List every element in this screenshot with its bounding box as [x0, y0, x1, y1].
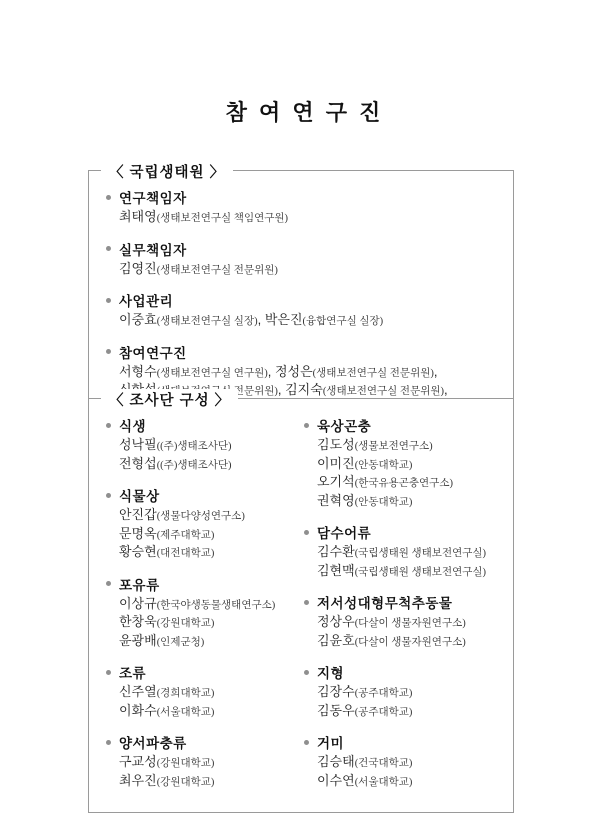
person-entry: 성낙필((주)생태조사단) [119, 437, 301, 456]
person-name: 성낙필 [119, 437, 157, 452]
category-label: 연구책임자 [119, 187, 187, 207]
bullet-icon [304, 600, 309, 605]
person-entry: 문명옥(제주대학교) [119, 526, 301, 545]
person-name: 김장수 [317, 684, 355, 699]
person-affiliation: (생물다양성연구소) [157, 511, 245, 522]
person-entry: 서형수(생태보전연구실 연구원), 정성은(생태보전연구실 전문위원), [119, 364, 499, 383]
person-affiliation: (서울대학교) [355, 777, 413, 788]
person-entry: 김동우(공주대학교) [317, 703, 499, 722]
person-name: 이화수 [119, 703, 157, 718]
person-name: 한창욱 [119, 614, 157, 629]
category-header: 담수어류 [301, 522, 499, 542]
bullet-icon [106, 493, 111, 498]
person-affiliation: (안동대학교) [355, 460, 413, 471]
category-group: 식생성낙필((주)생태조사단)전형섭((주)생태조사단) [103, 415, 301, 474]
columns: 식생성낙필((주)생태조사단)전형섭((주)생태조사단)식물상안진갑(생물다양성… [89, 399, 513, 812]
bullet-icon [106, 298, 111, 303]
person-entry: 김도성(생물보전연구소) [317, 437, 499, 456]
person-entry: 신주열(경희대학교) [119, 684, 301, 703]
person-affiliation: (국립생태원 생태보전연구실) [355, 548, 486, 559]
person-entry: 김영진(생태보전연구실 전문위원) [119, 261, 499, 280]
category-label: 거미 [317, 732, 344, 752]
category-group: 지형김장수(공주대학교)김동우(공주대학교) [301, 662, 499, 721]
category-label: 사업관리 [119, 290, 173, 310]
person-affiliation: (강원대학교) [157, 618, 215, 629]
person-entry: 김현맥(국립생태원 생태보전연구실) [317, 563, 499, 582]
person-entry: 구교성(강원대학교) [119, 754, 301, 773]
category-label: 식생 [119, 415, 146, 435]
person-name: 김도성 [317, 437, 355, 452]
category-group: 사업관리이중효(생태보전연구실 실장), 박은진(융합연구실 실장) [103, 290, 499, 331]
person-affiliation: (생태보전연구실 실장) [157, 316, 258, 327]
person-name: 권혁영 [317, 493, 355, 508]
person-entry: 이미진(안동대학교) [317, 456, 499, 475]
person-entry: 최태영(생태보전연구실 책임연구원) [119, 209, 499, 228]
person-affiliation: (한국유용곤충연구소) [355, 478, 453, 489]
category-header: 연구책임자 [103, 187, 499, 207]
person-entry: 김윤호(다살이 생물자원연구소) [317, 633, 499, 652]
person-name: 김영진 [119, 261, 157, 276]
category-label: 담수어류 [317, 522, 371, 542]
person-entry: 이중효(생태보전연구실 실장), 박은진(융합연구실 실장) [119, 312, 499, 331]
person-affiliation: (국립생태원 생태보전연구실) [355, 567, 486, 578]
category-header: 육상곤충 [301, 415, 499, 435]
person-name: 이미진 [317, 456, 355, 471]
category-group: 실무책임자김영진(생태보전연구실 전문위원) [103, 239, 499, 280]
person-affiliation: (인제군청) [157, 637, 205, 648]
bullet-icon [106, 246, 111, 251]
person-entry: 전형섭((주)생태조사단) [119, 456, 301, 475]
category-label: 조류 [119, 662, 146, 682]
section-heading: 〈 국립생태원 〉 [101, 161, 233, 182]
section-survey-team: 〈 조사단 구성 〉 식생성낙필((주)생태조사단)전형섭((주)생태조사단)식… [88, 398, 514, 813]
person-entry: 한창욱(강원대학교) [119, 614, 301, 633]
person-affiliation: (제주대학교) [157, 530, 215, 541]
person-affiliation: (공주대학교) [355, 688, 413, 699]
category-header: 거미 [301, 732, 499, 752]
bullet-icon [106, 349, 111, 354]
person-entry: 최우진(강원대학교) [119, 773, 301, 792]
person-name: 김지숙 [285, 382, 323, 397]
category-label: 지형 [317, 662, 344, 682]
person-entry: 권혁영(안동대학교) [317, 493, 499, 512]
person-name: 이상규 [119, 596, 157, 611]
bullet-icon [304, 670, 309, 675]
person-name: 정성은 [275, 364, 313, 379]
person-affiliation: (생태보전연구실 책임연구원) [157, 213, 288, 224]
person-name: 안진갑 [119, 507, 157, 522]
person-name: 신주열 [119, 684, 157, 699]
person-affiliation: (공주대학교) [355, 707, 413, 718]
category-header: 지형 [301, 662, 499, 682]
person-name: 최우진 [119, 773, 157, 788]
person-entry: 오기석(한국유용곤충연구소) [317, 474, 499, 493]
person-entry: 안진갑(생물다양성연구소) [119, 507, 301, 526]
person-entry: 김장수(공주대학교) [317, 684, 499, 703]
category-label: 양서파충류 [119, 732, 187, 752]
category-group: 연구책임자최태영(생태보전연구실 책임연구원) [103, 187, 499, 228]
person-name: 최태영 [119, 209, 157, 224]
category-label: 참여연구진 [119, 342, 187, 362]
person-affiliation: (서울대학교) [157, 707, 215, 718]
category-header: 식물상 [103, 485, 301, 505]
person-name: 김승태 [317, 754, 355, 769]
person-entry: 김승태(건국대학교) [317, 754, 499, 773]
person-affiliation: ((주)생태조사단) [157, 441, 232, 452]
category-group: 거미김승태(건국대학교)이수연(서울대학교) [301, 732, 499, 791]
document-page: 참 여 연 구 진 〈 국립생태원 〉 연구책임자최태영(생태보전연구실 책임연… [0, 0, 609, 840]
person-name: 김윤호 [317, 633, 355, 648]
person-affiliation: (경희대학교) [157, 688, 215, 699]
person-affiliation: (융합연구실 실장) [303, 316, 384, 327]
category-header: 식생 [103, 415, 301, 435]
person-affiliation: (강원대학교) [157, 758, 215, 769]
person-name: 김수환 [317, 544, 355, 559]
category-group: 저서성대형무척추동물정상우(다살이 생물자원연구소)김윤호(다살이 생물자원연구… [301, 592, 499, 651]
person-entry: 이화수(서울대학교) [119, 703, 301, 722]
category-label: 육상곤충 [317, 415, 371, 435]
person-affiliation: (대전대학교) [157, 548, 215, 559]
person-entry: 정상우(다살이 생물자원연구소) [317, 614, 499, 633]
person-affiliation: (생물보전연구소) [355, 441, 433, 452]
person-affiliation: (생태보전연구실 전문위원) [323, 386, 444, 397]
person-name: 서형수 [119, 364, 157, 379]
category-header: 저서성대형무척추동물 [301, 592, 499, 612]
person-name: 김동우 [317, 703, 355, 718]
category-group: 식물상안진갑(생물다양성연구소)문명옥(제주대학교)황승현(대전대학교) [103, 485, 301, 563]
person-name: 문명옥 [119, 526, 157, 541]
column: 육상곤충김도성(생물보전연구소)이미진(안동대학교)오기석(한국유용곤충연구소)… [301, 415, 499, 802]
person-affiliation: (다살이 생물자원연구소) [355, 618, 466, 629]
person-name: 전형섭 [119, 456, 157, 471]
category-group: 조류신주열(경희대학교)이화수(서울대학교) [103, 662, 301, 721]
person-entry: 이수연(서울대학교) [317, 773, 499, 792]
person-affiliation: ((주)생태조사단) [157, 460, 232, 471]
category-label: 실무책임자 [119, 239, 187, 259]
category-header: 포유류 [103, 574, 301, 594]
person-entry: 윤광배(인제군청) [119, 633, 301, 652]
person-name: 오기석 [317, 474, 355, 489]
person-affiliation: (한국야생동물생태연구소) [157, 600, 276, 611]
category-header: 양서파충류 [103, 732, 301, 752]
person-affiliation: (다살이 생물자원연구소) [355, 637, 466, 648]
category-header: 조류 [103, 662, 301, 682]
person-affiliation: (생태보전연구실 전문위원) [157, 265, 278, 276]
person-entry: 황승현(대전대학교) [119, 544, 301, 563]
person-affiliation: (생태보전연구실 연구원) [157, 368, 268, 379]
person-name: 정상우 [317, 614, 355, 629]
person-affiliation: (안동대학교) [355, 497, 413, 508]
category-label: 포유류 [119, 574, 160, 594]
person-affiliation: (강원대학교) [157, 777, 215, 788]
category-label: 식물상 [119, 485, 160, 505]
page-title: 참 여 연 구 진 [0, 96, 609, 127]
person-name: 박은진 [265, 312, 303, 327]
category-group: 육상곤충김도성(생물보전연구소)이미진(안동대학교)오기석(한국유용곤충연구소)… [301, 415, 499, 511]
bullet-icon [304, 423, 309, 428]
bullet-icon [106, 423, 111, 428]
category-header: 참여연구진 [103, 342, 499, 362]
category-header: 실무책임자 [103, 239, 499, 259]
category-group: 담수어류김수환(국립생태원 생태보전연구실)김현맥(국립생태원 생태보전연구실) [301, 522, 499, 581]
person-name: 황승현 [119, 544, 157, 559]
bullet-icon [106, 670, 111, 675]
category-group: 양서파충류구교성(강원대학교)최우진(강원대학교) [103, 732, 301, 791]
person-name: 김현맥 [317, 563, 355, 578]
person-entry: 이상규(한국야생동물생태연구소) [119, 596, 301, 615]
person-name: 구교성 [119, 754, 157, 769]
person-affiliation: (건국대학교) [355, 758, 413, 769]
column: 식생성낙필((주)생태조사단)전형섭((주)생태조사단)식물상안진갑(생물다양성… [103, 415, 301, 802]
category-header: 사업관리 [103, 290, 499, 310]
person-name: 윤광배 [119, 633, 157, 648]
person-affiliation: (생태보전연구실 전문위원) [313, 368, 434, 379]
category-group: 포유류이상규(한국야생동물생태연구소)한창욱(강원대학교)윤광배(인제군청) [103, 574, 301, 652]
bullet-icon [304, 530, 309, 535]
bullet-icon [304, 740, 309, 745]
bullet-icon [106, 740, 111, 745]
section-heading: 〈 조사단 구성 〉 [101, 389, 238, 410]
person-name: 이중효 [119, 312, 157, 327]
person-entry: 김수환(국립생태원 생태보전연구실) [317, 544, 499, 563]
bullet-icon [106, 195, 111, 200]
category-label: 저서성대형무척추동물 [317, 592, 452, 612]
bullet-icon [106, 581, 111, 586]
person-name: 이수연 [317, 773, 355, 788]
